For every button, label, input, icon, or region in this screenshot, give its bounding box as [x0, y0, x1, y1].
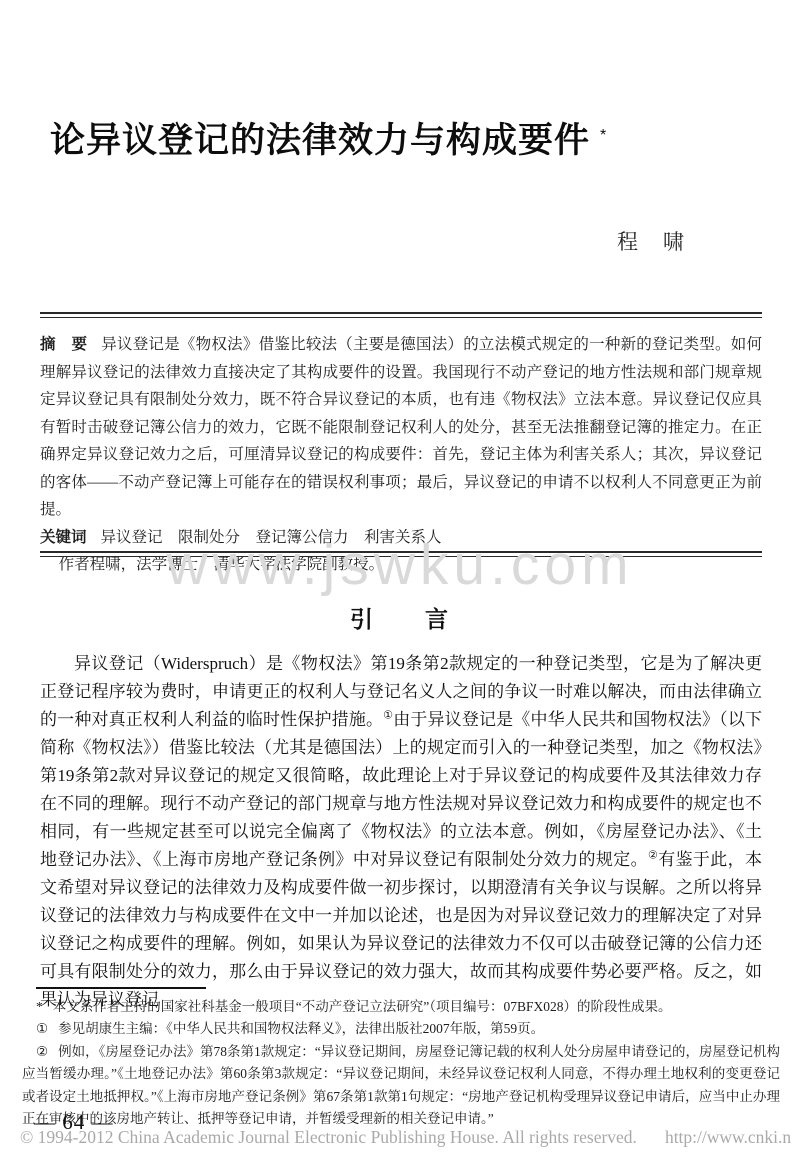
footnote-1-marker: ① [36, 1021, 48, 1036]
footer-url: http://www.cnki.n [665, 1127, 791, 1147]
abstract-label: 摘 要 [40, 336, 87, 353]
body-paragraph: 异议登记（Widerspruch）是《物权法》第19条第2款规定的一种登记类型，… [40, 650, 762, 1014]
page-number: — 64 — [34, 1110, 114, 1135]
footnote-ref-1: ① [383, 709, 393, 721]
watermark-text: www.jswku.com [166, 532, 633, 598]
author-name: 程 啸 [617, 226, 686, 256]
keywords-label: 关键词 [40, 529, 87, 546]
scanned-paper-page: 论异议登记的法律效力与构成要件* 程 啸 摘 要异议登记是《物权法》借鉴比较法（… [0, 0, 800, 1172]
footnote-star-marker: * [36, 999, 43, 1014]
footnote-2: ②例如，《房屋登记办法》第78条第1款规定：“异议登记期间，房屋登记簿记载的权利… [22, 1041, 780, 1131]
footnote-star: *本文系作者主持的国家社科基金一般项目“不动产登记立法研究”（项目编号：07BF… [22, 996, 780, 1018]
footnote-separator [36, 987, 206, 989]
footer-copyright: © 1994-2012 China Academic Journal Elect… [20, 1127, 800, 1148]
title-footnote-marker: * [600, 127, 607, 144]
abstract-text: 异议登记是《物权法》借鉴比较法（主要是德国法）的立法模式规定的一种新的登记类型。… [40, 336, 762, 518]
footnote-ref-2: ② [648, 849, 658, 861]
footnote-2-marker: ② [36, 1044, 48, 1059]
footnotes-block: *本文系作者主持的国家社科基金一般项目“不动产登记立法研究”（项目编号：07BF… [22, 996, 780, 1130]
footnote-star-text: 本文系作者主持的国家社科基金一般项目“不动产登记立法研究”（项目编号：07BFX… [53, 999, 672, 1014]
abstract-paragraph: 摘 要异议登记是《物权法》借鉴比较法（主要是德国法）的立法模式规定的一种新的登记… [40, 331, 762, 524]
page-title: 论异议登记的法律效力与构成要件* [50, 113, 607, 163]
footnote-1-text: 参见胡康生主编：《中华人民共和国物权法释义》，法律出版社2007年版，第59页。 [58, 1021, 544, 1036]
paper-title-text: 论异议登记的法律效力与构成要件 [50, 121, 590, 160]
body-part-2: 由于异议登记是《中华人民共和国物权法》（以下简称《物权法》）借鉴比较法（尤其是德… [40, 710, 762, 869]
divider-top [40, 312, 762, 318]
section-heading-introduction: 引 言 [0, 601, 800, 634]
footnote-1: ①参见胡康生主编：《中华人民共和国物权法释义》，法律出版社2007年版，第59页… [22, 1018, 780, 1040]
body-part-3: 有鉴于此，本文希望对异议登记的法律效力及构成要件做一初步探讨，以期澄清有关争议与… [40, 850, 762, 1009]
footnote-2-text: 例如，《房屋登记办法》第78条第1款规定：“异议登记期间，房屋登记簿记载的权利人… [22, 1044, 780, 1126]
